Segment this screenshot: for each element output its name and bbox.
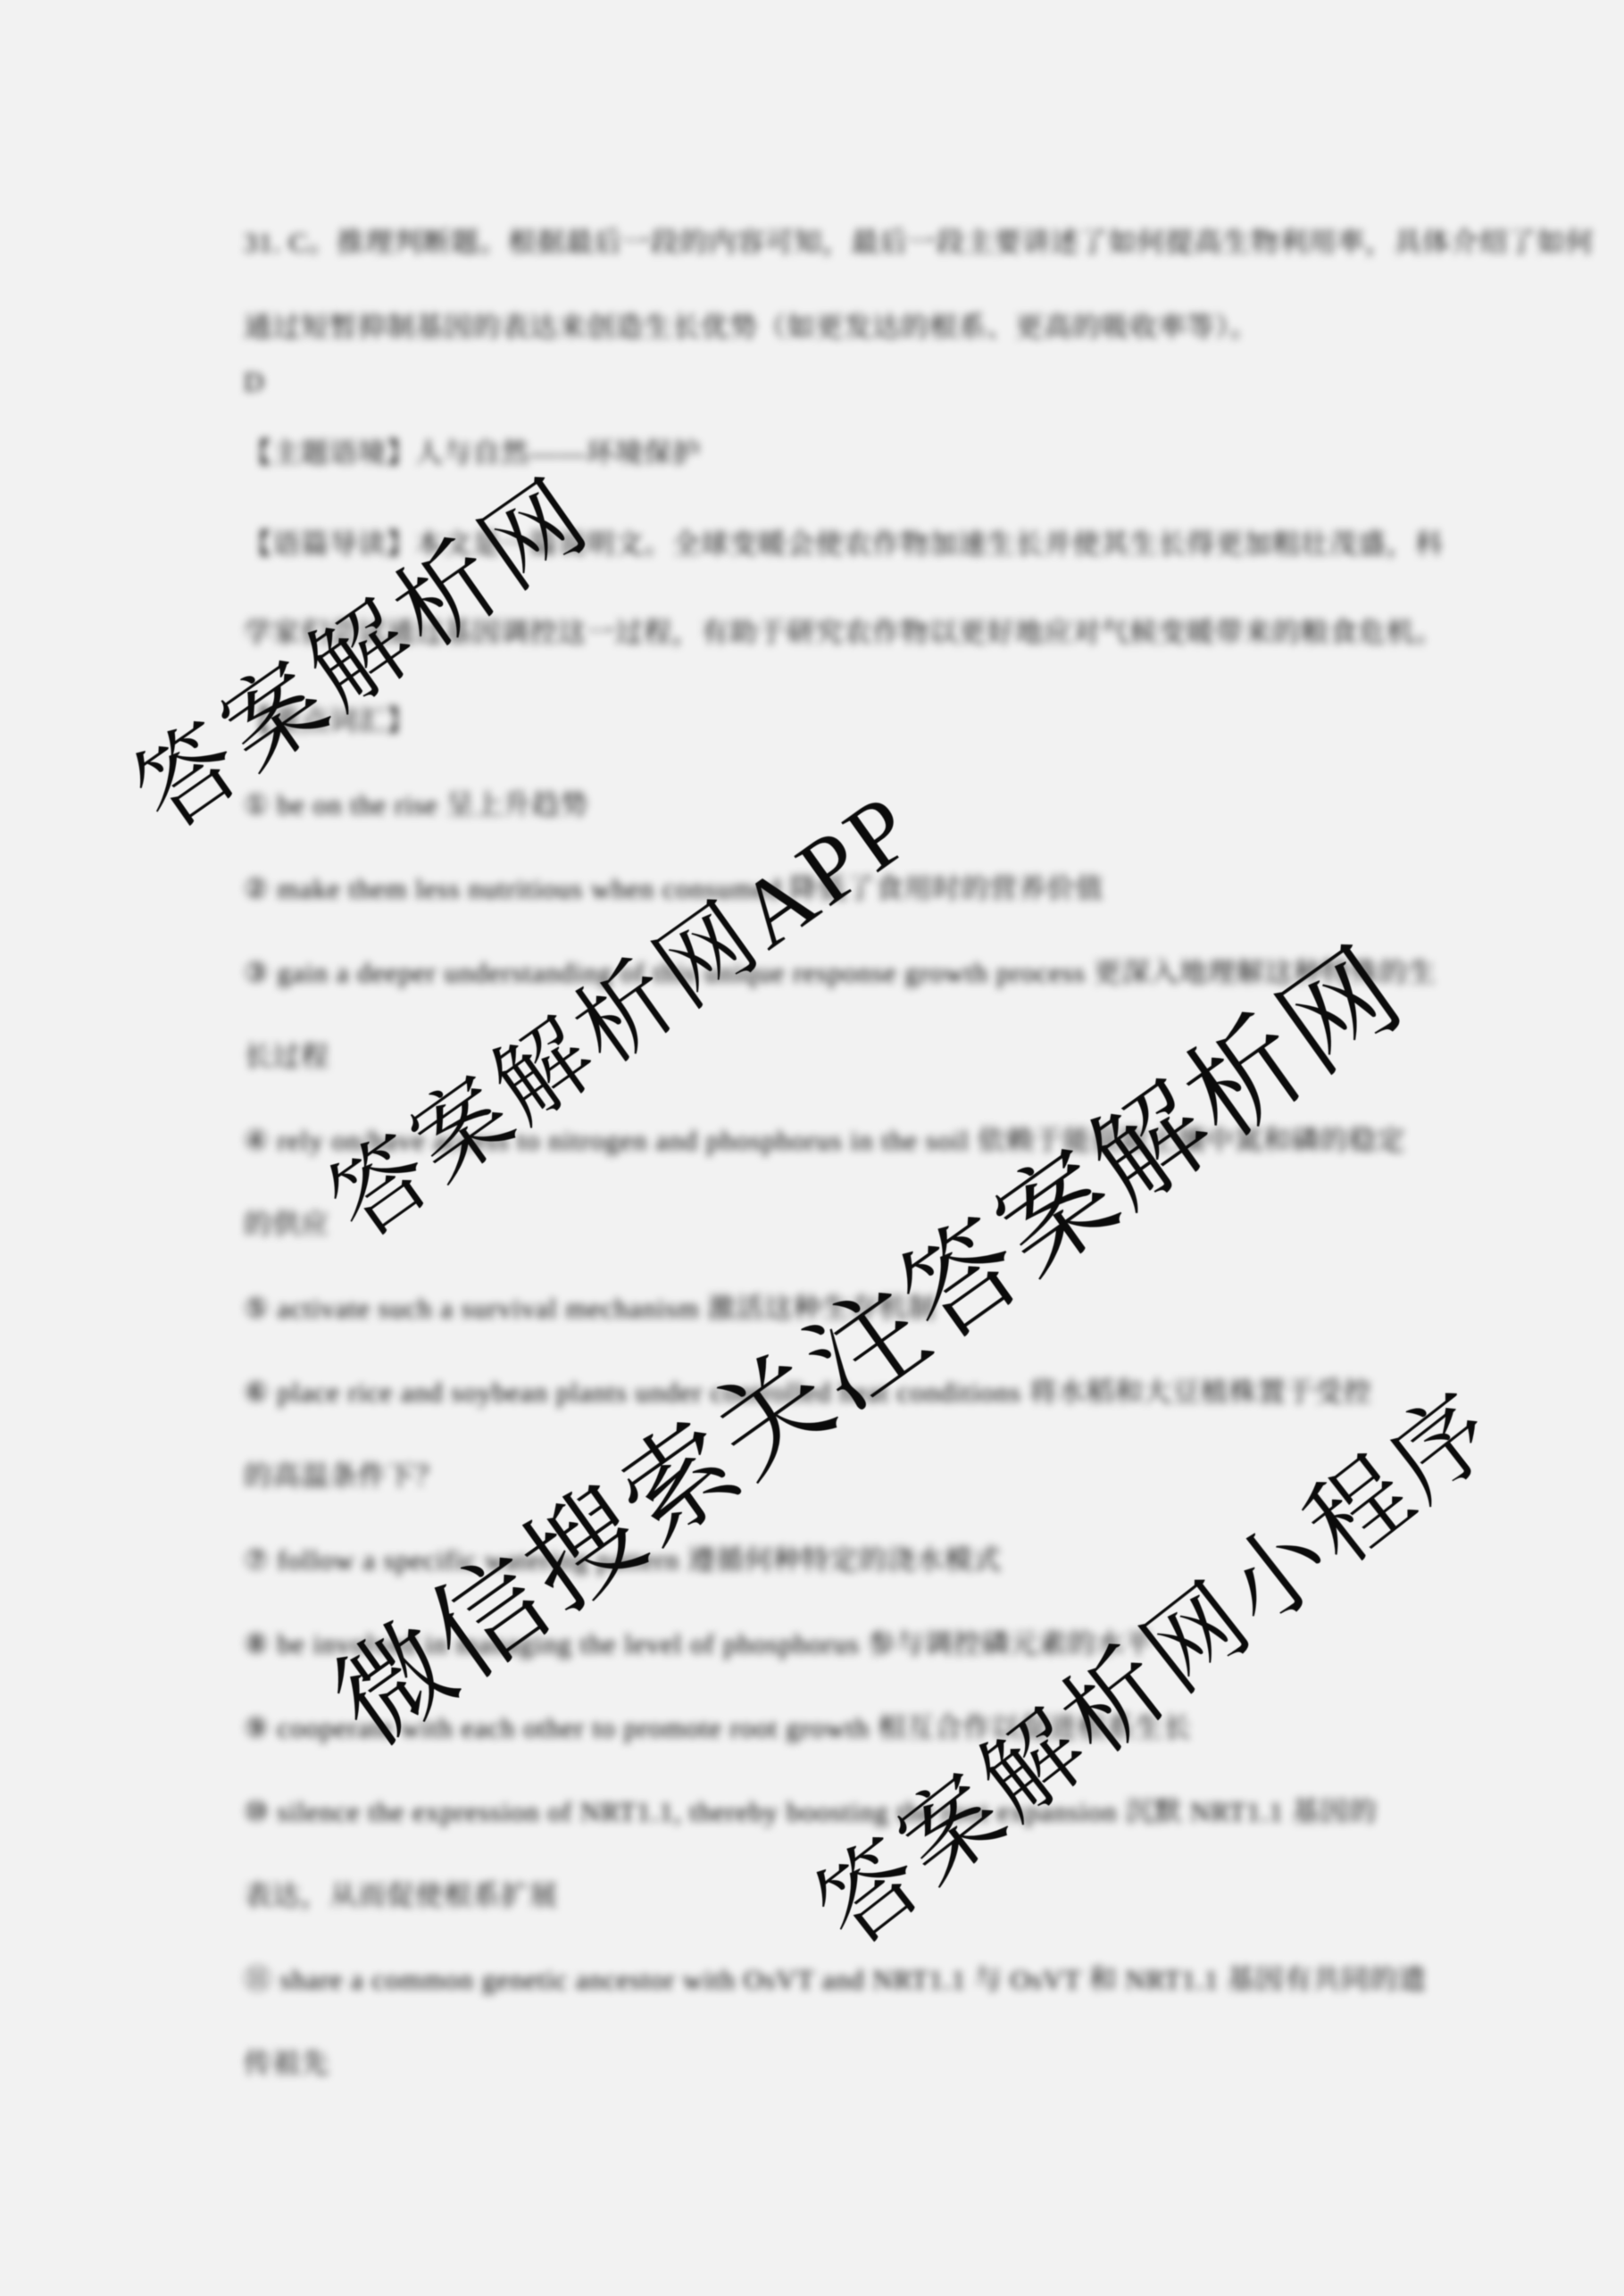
document-line: 的供应 [244, 1207, 329, 1243]
document-line: 的高温条件下？ [244, 1459, 444, 1494]
blurred-text-layer: 31. C。推理判断题。根据最后一段的内容可知，最后一段主要讲述了如何提高生物利… [0, 0, 1624, 2296]
document-line: ⑩ silence the expression of NRT1.1, ther… [244, 1794, 1378, 1830]
document-line: ④ rely on/have access to nitrogen and ph… [244, 1123, 1405, 1159]
document-line: 长过程 [244, 1039, 329, 1075]
document-page: 31. C。推理判断题。根据最后一段的内容可知，最后一段主要讲述了如何提高生物利… [0, 0, 1624, 2296]
document-line: 31. C。推理判断题。根据最后一段的内容可知，最后一段主要讲述了如何提高生物利… [244, 225, 1594, 261]
document-line: 传祖先 [244, 2046, 329, 2082]
document-line: ⑥ place rice and soybean plants under co… [244, 1375, 1372, 1410]
document-line: 【重点词汇】 [244, 703, 415, 739]
document-line: 表达，从而促使根系扩展 [244, 1878, 558, 1914]
document-line: ② make them less nutritious when consume… [244, 871, 1103, 907]
document-line: D [244, 364, 264, 400]
document-line: 【主题语境】人与自然——环境保护 [244, 436, 701, 471]
document-line: ① be on the rise 呈上升趋势 [244, 787, 588, 823]
document-line: ⑨ cooperate with each other to promote r… [244, 1710, 1192, 1746]
document-line: 学家们尝试通过基因调控这一过程，有助于研究农作物以更好地应对气候变暖带来的粮食危… [244, 615, 1444, 651]
document-line: 通过短暂抑制基因的表达来创造生长优势（如更发达的根系、更高的吸收率等）。 [244, 310, 1259, 345]
document-line: ⑤ activate such a survival mechanism 激活这… [244, 1291, 936, 1327]
document-line: ⑪ share a common genetic ancestor with O… [244, 1962, 1427, 1998]
document-line: ⑦ follow a specific watering pattern 遵循何… [244, 1543, 1002, 1578]
document-line: ③ gain a deeper understanding of this un… [244, 955, 1437, 991]
document-line: ⑧ be involved in managing the level of p… [244, 1626, 1153, 1662]
document-line: 【语篇导读】本文是一篇说明文。全球变暖会使农作物加速生长并使其生长得更加粗壮茂盛… [244, 527, 1444, 562]
